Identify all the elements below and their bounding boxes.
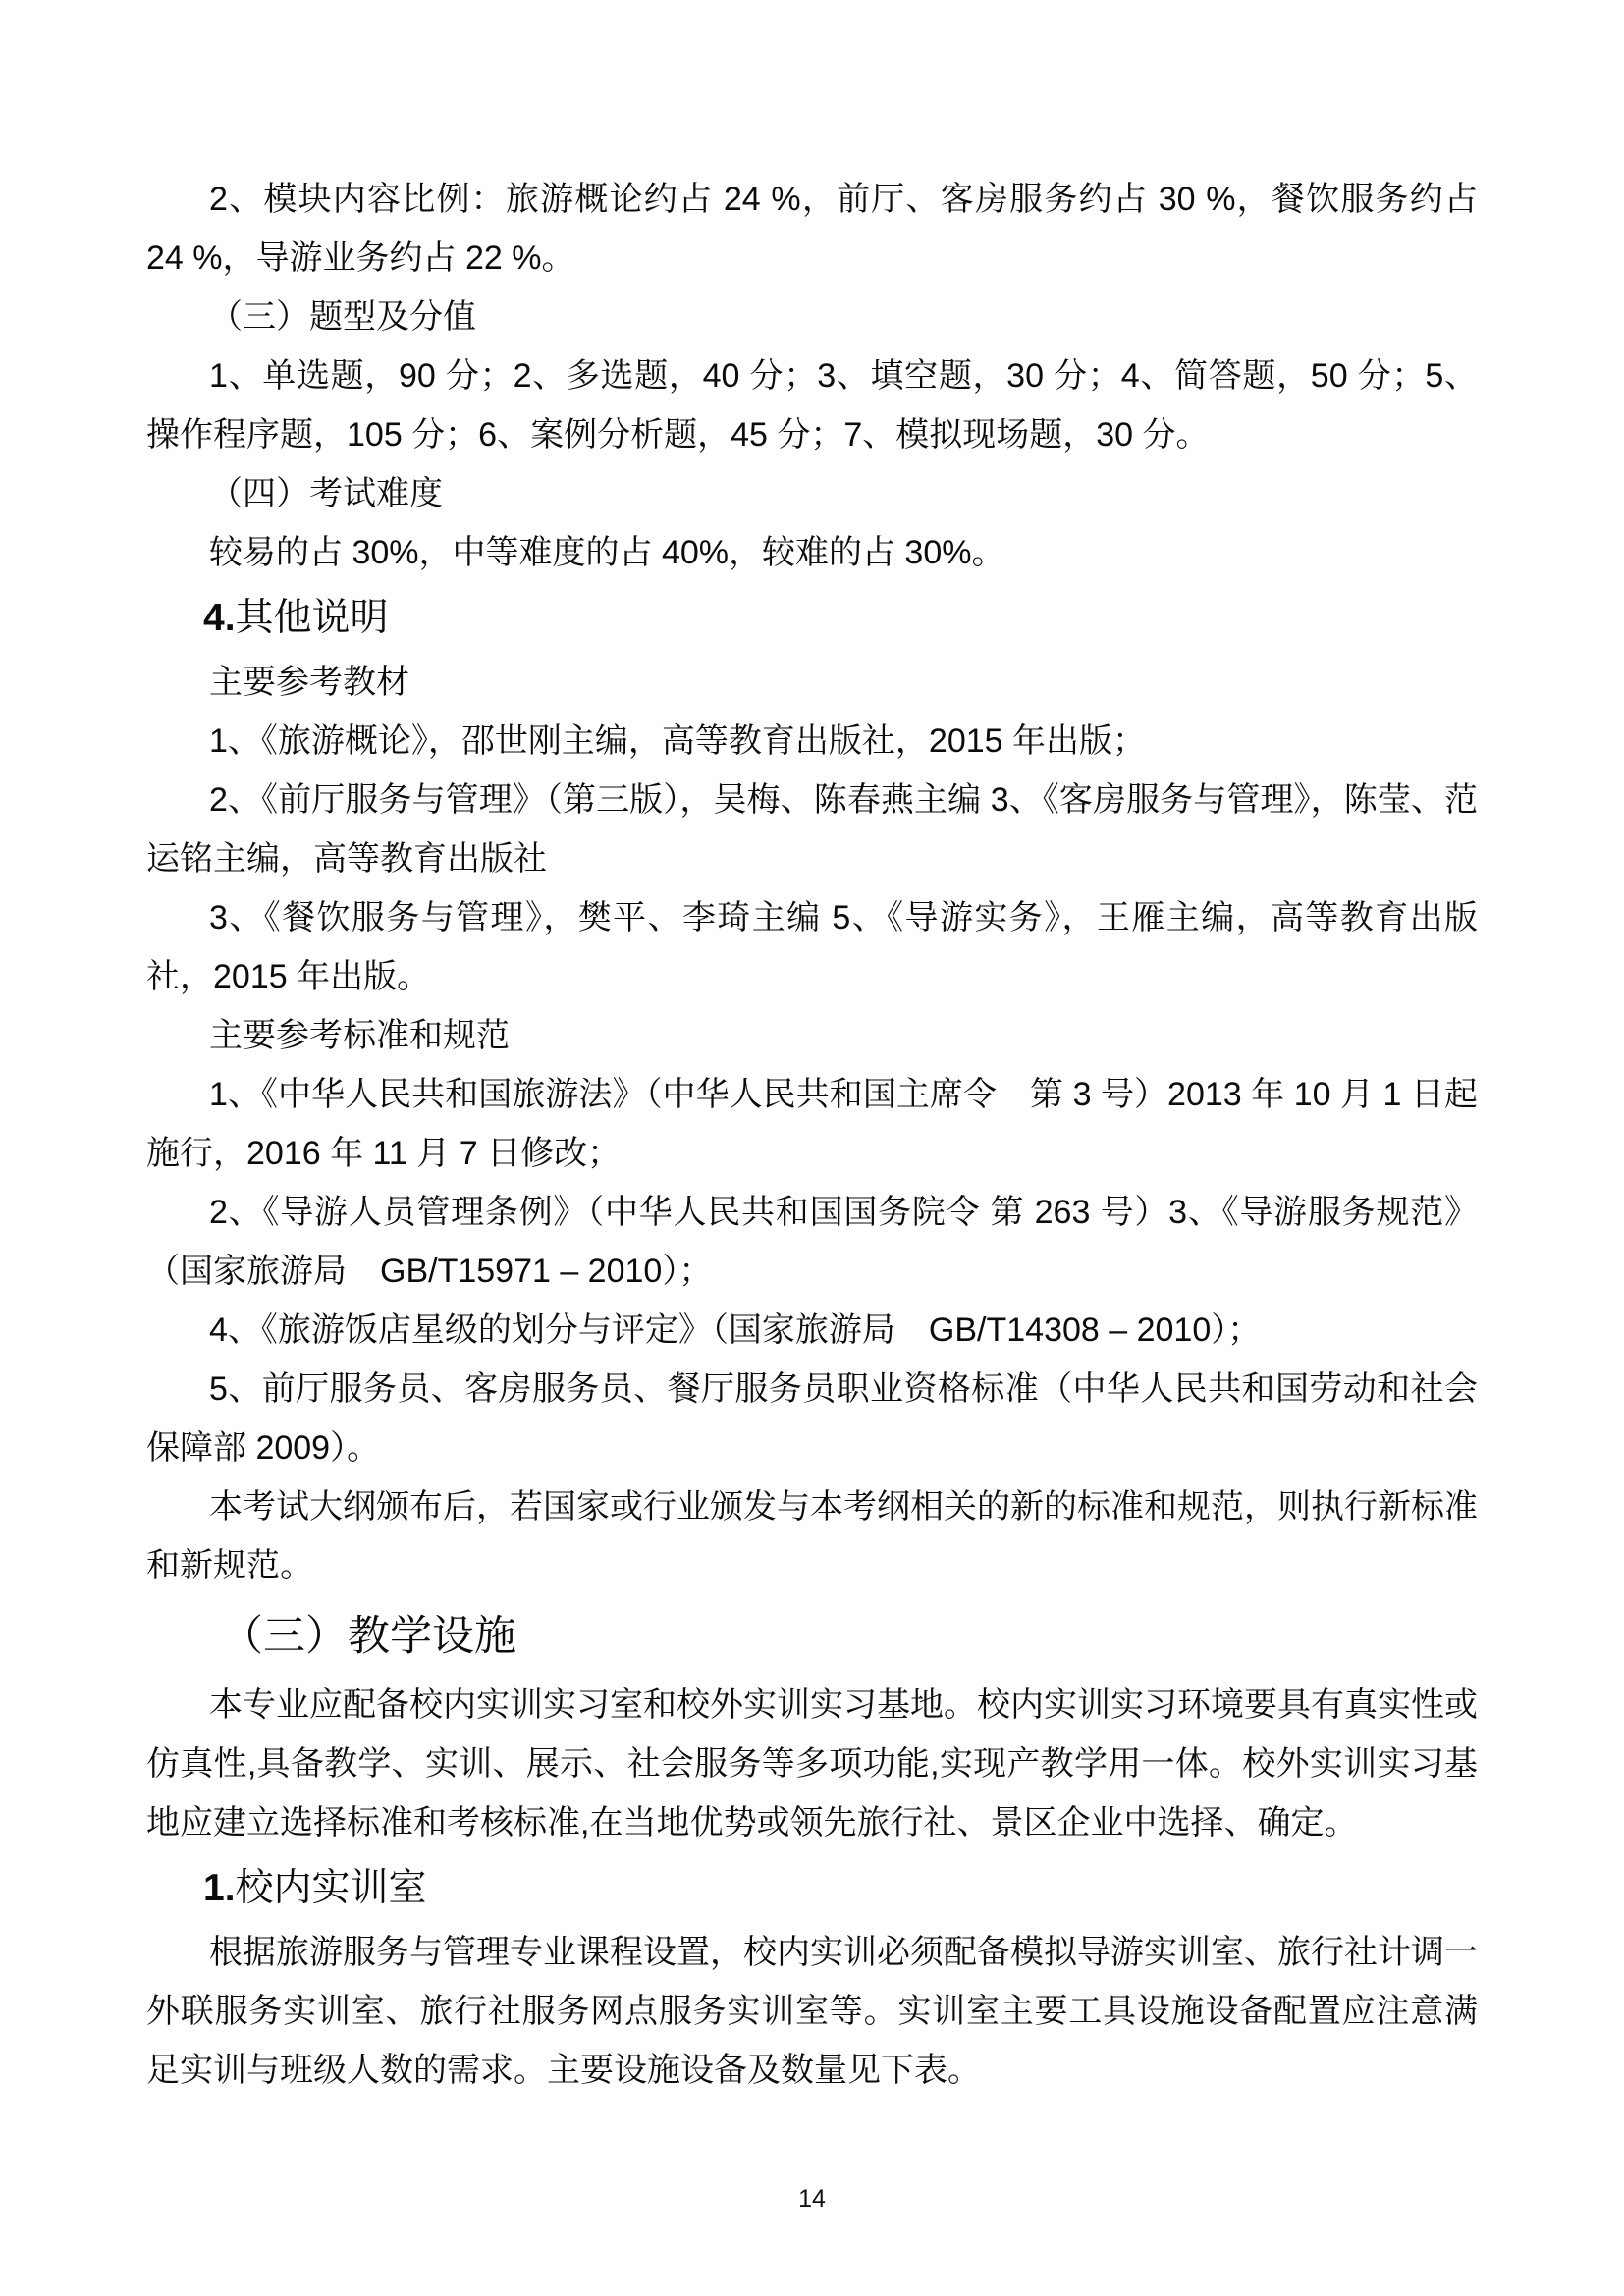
paragraph: 主要参考标准和规范 (146, 1006, 1478, 1065)
paragraph: （四）考试难度 (146, 464, 1478, 523)
paragraph-text: 本考试大纲颁布后，若国家或行业颁发与本考纲相关的新的标准和规范，则执行新标准和新… (146, 1488, 1478, 1584)
paragraph: 主要参考教材 (146, 653, 1478, 712)
paragraph-text: （四）考试难度 (209, 475, 443, 512)
paragraph: 1、《中华人民共和国旅游法》（中华人民共和国主席令 第 3 号）2013 年 1… (146, 1065, 1478, 1183)
heading-text: 其他说明 (236, 597, 389, 639)
paragraph: 5、前厅服务员、客房服务员、餐厅服务员职业资格标准（中华人民共和国劳动和社会保障… (146, 1360, 1478, 1477)
document-page: 2、模块内容比例：旅游概论约占 24 %，前厅、客房服务约占 30 %，餐饮服务… (0, 0, 1624, 2296)
section-heading: （三）教学设施 (146, 1597, 1478, 1676)
heading-number: 4. (203, 597, 236, 639)
paragraph: 3、《餐饮服务与管理》，樊平、李琦主编 5、《导游实务》，王雁主编，高等教育出版… (146, 888, 1478, 1006)
paragraph: （三）题型及分值 (146, 288, 1478, 347)
document-body: 2、模块内容比例：旅游概论约占 24 %，前厅、客房服务约占 30 %，餐饮服务… (146, 170, 1478, 2100)
paragraph: 1、单选题，90 分；2、多选题，40 分；3、填空题，30 分；4、简答题，5… (146, 347, 1478, 464)
paragraph: 2、模块内容比例：旅游概论约占 24 %，前厅、客房服务约占 30 %，餐饮服务… (146, 170, 1478, 288)
paragraph: 本考试大纲颁布后，若国家或行业颁发与本考纲相关的新的标准和规范，则执行新标准和新… (146, 1477, 1478, 1595)
paragraph: 本专业应配备校内实训实习室和校外实训实习基地。校内实训实习环境要具有真实性或仿真… (146, 1676, 1478, 1852)
paragraph-text: 4、《旅游饭店星级的划分与评定》（国家旅游局 GB/T14308 – 2010）… (209, 1311, 1261, 1349)
paragraph-text: 2、模块内容比例：旅游概论约占 24 %，前厅、客房服务约占 30 %，餐饮服务… (146, 181, 1478, 277)
paragraph: 1、《旅游概论》，邵世刚主编，高等教育出版社，2015 年出版； (146, 712, 1478, 771)
paragraph-text: 主要参考教材 (209, 664, 409, 701)
paragraph-text: 1、《旅游概论》，邵世刚主编，高等教育出版社，2015 年出版； (209, 722, 1146, 760)
paragraph-text: （三）题型及分值 (209, 298, 476, 336)
paragraph-text: 2、《前厅服务与管理》（第三版），吴梅、陈春燕主编 3、《客房服务与管理》，陈莹… (146, 781, 1478, 878)
numbered-heading: 4.其他说明 (146, 584, 1478, 653)
paragraph: 2、《前厅服务与管理》（第三版），吴梅、陈春燕主编 3、《客房服务与管理》，陈莹… (146, 771, 1478, 888)
heading-text: 校内实训室 (236, 1867, 427, 1909)
numbered-heading: 1.校内实训室 (146, 1854, 1478, 1923)
paragraph-text: 主要参考标准和规范 (209, 1017, 510, 1054)
paragraph: 2、《导游人员管理条例》（中华人民共和国国务院令 第 263 号）3、《导游服务… (146, 1183, 1478, 1301)
paragraph-text: 3、《餐饮服务与管理》，樊平、李琦主编 5、《导游实务》，王雁主编，高等教育出版… (146, 899, 1478, 995)
paragraph-text: 1、单选题，90 分；2、多选题，40 分；3、填空题，30 分；4、简答题，5… (146, 357, 1478, 454)
paragraph-text: 根据旅游服务与管理专业课程设置，校内实训必须配备模拟导游实训室、旅行社计调一外联… (146, 1934, 1478, 2089)
page-number: 14 (0, 2185, 1624, 2214)
paragraph-text: 本专业应配备校内实训实习室和校外实训实习基地。校内实训实习环境要具有真实性或仿真… (146, 1686, 1478, 1842)
paragraph-text: 较易的占 30%，中等难度的占 40%，较难的占 30%。 (209, 534, 1005, 571)
heading-text: （三）教学设施 (221, 1613, 516, 1660)
paragraph-text: 1、《中华人民共和国旅游法》（中华人民共和国主席令 第 3 号）2013 年 1… (146, 1076, 1478, 1172)
paragraph: 4、《旅游饭店星级的划分与评定》（国家旅游局 GB/T14308 – 2010）… (146, 1301, 1478, 1360)
paragraph-text: 2、《导游人员管理条例》（中华人民共和国国务院令 第 263 号）3、《导游服务… (146, 1194, 1478, 1290)
paragraph: 根据旅游服务与管理专业课程设置，校内实训必须配备模拟导游实训室、旅行社计调一外联… (146, 1923, 1478, 2100)
paragraph: 较易的占 30%，中等难度的占 40%，较难的占 30%。 (146, 523, 1478, 582)
heading-number: 1. (203, 1867, 236, 1909)
paragraph-text: 5、前厅服务员、客房服务员、餐厅服务员职业资格标准（中华人民共和国劳动和社会保障… (146, 1370, 1478, 1467)
